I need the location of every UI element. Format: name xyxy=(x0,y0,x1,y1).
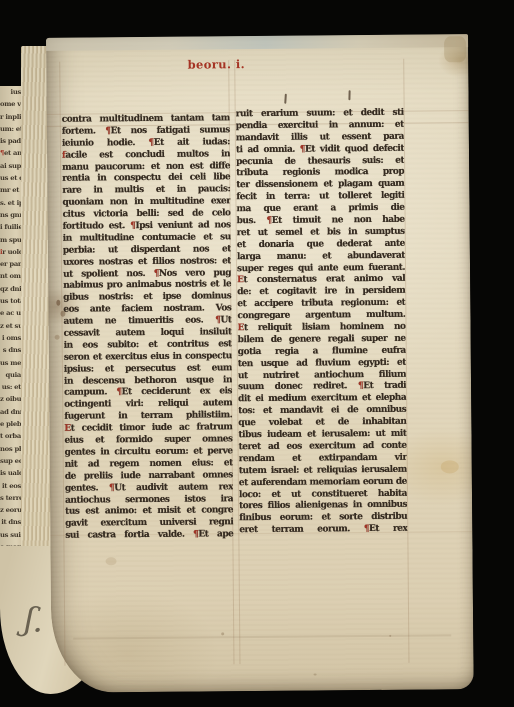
text-line: er pand xyxy=(0,258,23,270)
manuscript-photo: iusome vbar inplisum: etis padole¶et ann… xyxy=(0,0,514,707)
page-crease xyxy=(73,634,451,639)
facing-page-text: iusome vbar inplisum: etis padole¶et ann… xyxy=(0,86,23,578)
text-line: m spuat xyxy=(0,234,23,246)
stain-spot xyxy=(441,460,459,473)
text-line: e plebis xyxy=(0,418,23,430)
stain-spot xyxy=(56,300,60,306)
text-line: e ac uia xyxy=(0,307,23,319)
text-line: um: et xyxy=(0,123,23,135)
text-line: ad dnm xyxy=(0,406,23,418)
text-line: ir uold xyxy=(0,246,23,258)
text-line: quia xyxy=(0,369,23,381)
text-line: et donaria que dederat ante xyxy=(237,239,405,252)
pen-stroke xyxy=(348,90,350,100)
text-line: eret terram eorum. ¶Et rex assumpsit xyxy=(239,524,407,537)
stain-spot xyxy=(55,335,60,340)
text-line: z eorum xyxy=(0,504,23,516)
text-line: i fuilie xyxy=(0,221,23,233)
text-line: ten usque ad fluvium egypti: et xyxy=(238,357,406,370)
text-line: ti ad omnia. ¶Et vidit quod defecit xyxy=(236,143,404,156)
text-line: seron et exercitus eius in conspectu xyxy=(64,351,232,364)
pen-stroke xyxy=(284,94,287,104)
text-line: nt oms xyxy=(0,270,23,282)
text-line: nit ad regem nomen eius: et xyxy=(65,458,233,471)
stain-spot xyxy=(389,635,391,637)
stain-spot xyxy=(221,632,224,635)
text-line: s dns xyxy=(0,344,23,356)
text-line: i oms xyxy=(0,332,23,344)
text-line: it eos xyxy=(0,480,23,492)
text-line: ius xyxy=(0,86,23,98)
text-line: mr et ue xyxy=(0,184,23,196)
text-line: uxores nostras et filios nostros: et xyxy=(63,256,231,269)
facing-page-edge: iusome vbar inplisum: etis padole¶et ann… xyxy=(0,86,23,600)
text-line: r inplis xyxy=(0,111,23,123)
text-line: ¶et anni xyxy=(0,147,23,159)
running-title: beoru. i. xyxy=(164,57,268,72)
text-line: us: et xyxy=(0,381,23,393)
text-line: s. et iple xyxy=(0,197,23,209)
text-line: gotia regia a flumine eufra xyxy=(238,346,406,359)
text-line: gentes. ¶Ut audivit autem rex xyxy=(65,482,233,495)
text-column-left: contra multitudinem tantam tamfortem. ¶E… xyxy=(62,113,234,543)
text-line: facile est concludi multos in xyxy=(62,149,230,162)
text-line: sui castra fortia valde. ¶Et ape xyxy=(65,529,233,542)
text-line: is padole xyxy=(0,135,23,147)
text-line: de preliis iude narrabant omnes xyxy=(65,470,233,483)
text-line: z oibus xyxy=(0,393,23,405)
text-line: it dns xyxy=(0,516,23,528)
text-line: us et chp xyxy=(0,172,23,184)
text-line: et auferendam memoriam eorum de xyxy=(239,476,407,489)
text-line: mandavit illis ut essent para xyxy=(236,132,404,145)
text-column-right: ruit erarium suum: et dedit stipendia ex… xyxy=(236,108,408,538)
text-line: sup eos xyxy=(0,455,23,467)
manuscript-page: beoru. i. contra multitudinem tantam tam… xyxy=(46,34,474,693)
text-line: ieiunio hodie. ¶Et ait iudas: xyxy=(62,137,230,150)
text-line: us suis xyxy=(0,529,23,541)
text-line: ipsius: et persecutus est eum xyxy=(64,363,232,376)
text-line: s terre xyxy=(0,492,23,504)
text-line: perbia: ut disperdant nos et xyxy=(63,244,231,257)
text-line: larga manu: et abundaverat xyxy=(237,250,405,263)
text-line: us meu xyxy=(0,357,23,369)
text-line: tutem israel: et reliquias ierusalem xyxy=(239,464,407,477)
stain-spot xyxy=(444,36,466,62)
text-line: nos pha xyxy=(0,443,23,455)
stain-spot xyxy=(314,674,317,676)
text-line: is ualde xyxy=(0,467,23,479)
text-line: qz dni xyxy=(0,283,23,295)
text-line: ns gnnes xyxy=(0,209,23,221)
stain-spot xyxy=(106,557,117,565)
page-top-edge xyxy=(46,34,468,51)
text-line: rendam et extirpandam vir xyxy=(239,453,407,466)
text-line: us tota xyxy=(0,295,23,307)
text-line: ai sup ill xyxy=(0,160,23,172)
text-line: t orba xyxy=(0,430,23,442)
text-line: z et sup xyxy=(0,320,23,332)
text-line: ome vba xyxy=(0,98,23,110)
